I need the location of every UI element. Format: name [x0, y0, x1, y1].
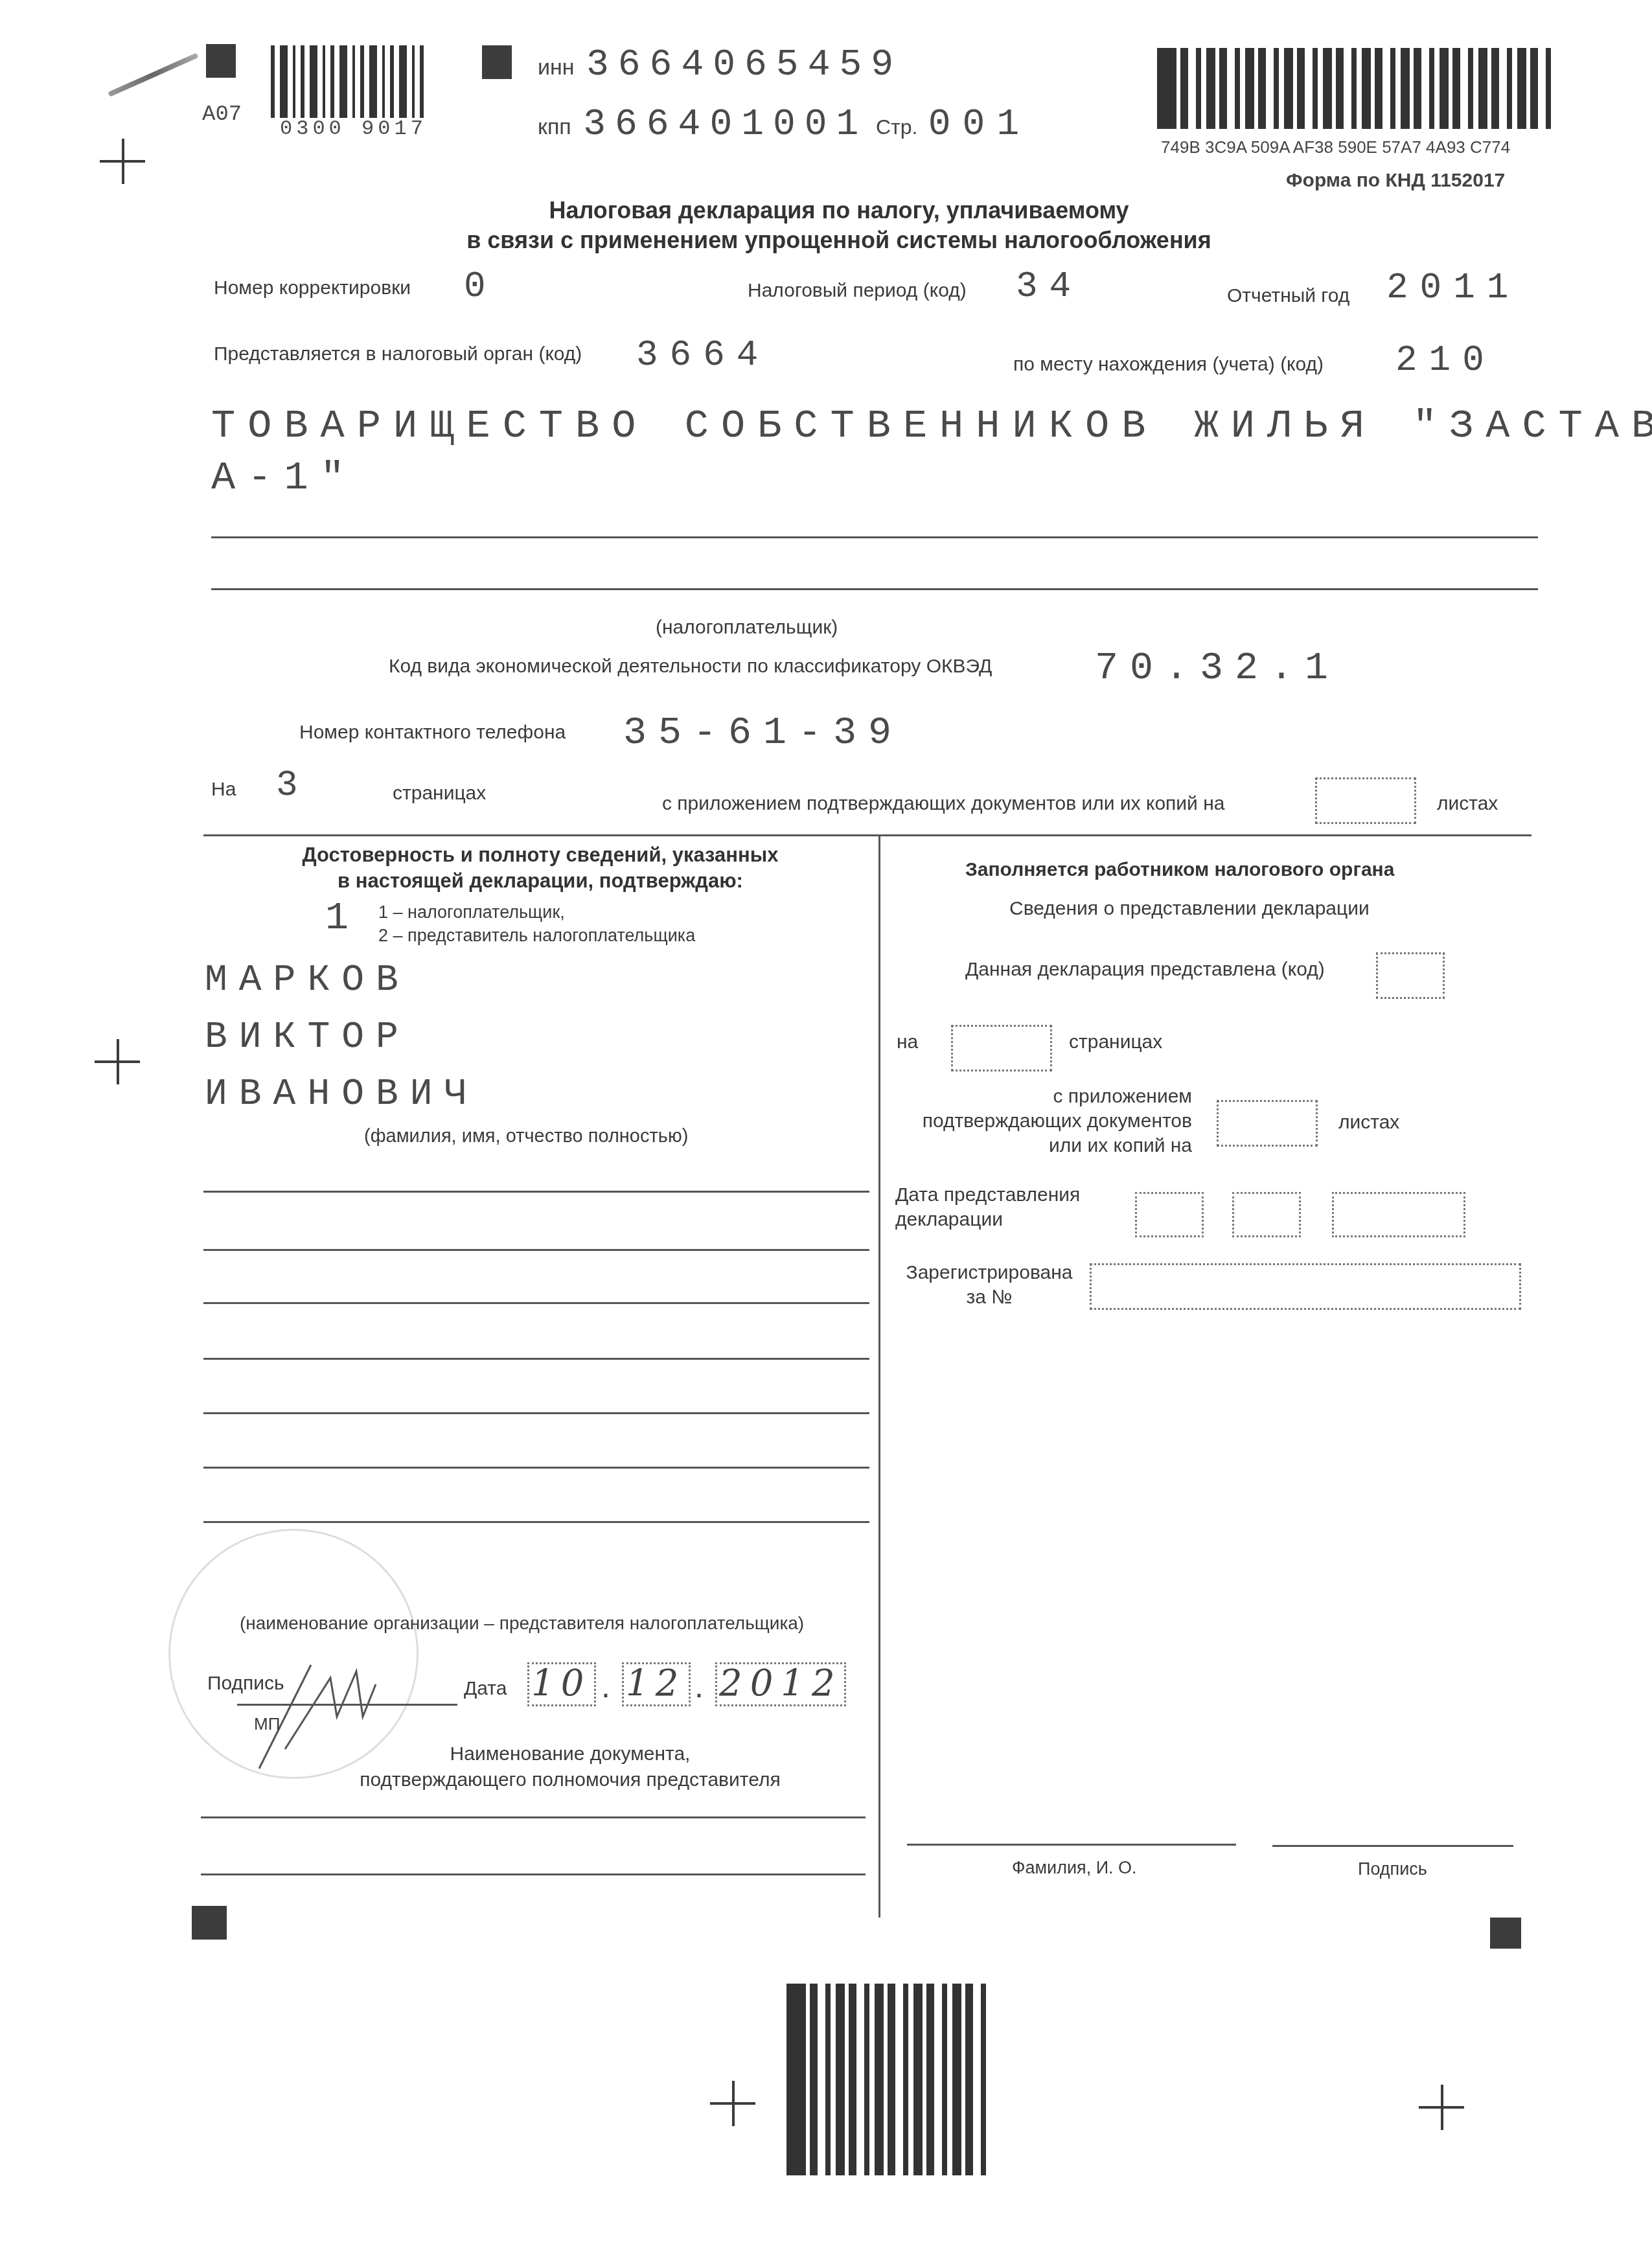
- submission-date-label: Дата представления декларации: [895, 1183, 1080, 1232]
- form-code: Форма по КНД 1152017: [1286, 170, 1505, 192]
- registration-number-input[interactable]: [1090, 1263, 1521, 1310]
- confirm-heading: Достоверность и полноту сведений, указан…: [203, 842, 877, 894]
- org-line-7: [203, 1521, 869, 1523]
- title-line-1: Налоговая декларация по налогу, уплачива…: [0, 196, 1652, 225]
- page-code: A07: [202, 102, 242, 127]
- pages-suffix: страницах: [393, 783, 486, 805]
- corner-marker-bottom-right: [1490, 1918, 1521, 1949]
- corner-marker-top-left: [206, 44, 236, 78]
- inspector-signature-line[interactable]: [1272, 1845, 1513, 1847]
- registration-cross-left-icon: [710, 2081, 755, 2126]
- date-year: 2012: [719, 1662, 843, 1704]
- period-label: Налоговый период (код): [748, 280, 967, 302]
- correction-label: Номер корректировки: [214, 277, 411, 299]
- right-attach-label: с приложением подтверждающих документов …: [890, 1084, 1192, 1158]
- 2d-barcode-bottom: [786, 1984, 987, 2175]
- location-label: по месту нахождения (учета) (код): [1013, 354, 1324, 376]
- right-pages-input[interactable]: [951, 1025, 1052, 1071]
- doc-caption-line-2: подтверждающего полномочия представителя: [324, 1767, 816, 1793]
- section-divider: [203, 834, 1532, 836]
- hash-code: 749B 3C9A 509A AF38 590E 57A7 4A93 C774: [1161, 137, 1510, 157]
- org-line-6: [203, 1467, 869, 1469]
- registration-cross-mid-icon: [95, 1039, 140, 1084]
- linear-barcode: [271, 45, 426, 118]
- registration-cross-icon: [100, 139, 145, 184]
- signer-fio[interactable]: МАРКОВ ВИКТОР ИВАНОВИЧ: [205, 952, 478, 1123]
- tax-authority-value[interactable]: 3664: [636, 334, 770, 376]
- location-value[interactable]: 210: [1395, 339, 1496, 381]
- signer-surname: МАРКОВ: [205, 952, 478, 1009]
- signer-patronymic: ИВАНОВИЧ: [205, 1066, 478, 1123]
- right-attach-line-2: подтверждающих документов: [890, 1109, 1192, 1134]
- page-title: Налоговая декларация по налогу, уплачива…: [0, 196, 1652, 255]
- signer-options: 1 – налогоплательщик, 2 – представитель …: [378, 900, 695, 947]
- stamp-label: МП: [254, 1714, 280, 1734]
- submission-date-input[interactable]: [1135, 1192, 1465, 1237]
- submitted-code-input[interactable]: [1376, 952, 1445, 999]
- doc-caption: Наименование документа, подтверждающего …: [324, 1741, 816, 1793]
- kpp-field: КПП 366401001 Стр. 001: [538, 104, 1031, 146]
- registration-label: Зарегистрирована за №: [895, 1261, 1083, 1310]
- doc-line-2: [201, 1873, 866, 1875]
- inn-value[interactable]: 3664065459: [586, 44, 902, 86]
- taxpayer-name-line-2: А-1": [211, 452, 1652, 504]
- kpp-label: КПП: [538, 115, 571, 139]
- page-label: Стр.: [876, 115, 917, 139]
- doc-line-1: [201, 1816, 866, 1818]
- inspector-name-line[interactable]: [907, 1844, 1236, 1846]
- taxpayer-name-line-1: ТОВАРИЩЕСТВО СОБСТВЕННИКОВ ЖИЛЬЯ "ЗАСТАВ: [211, 400, 1652, 452]
- right-attach-line-1: с приложением: [890, 1084, 1192, 1109]
- inspector-name-caption: Фамилия, И. О.: [1012, 1858, 1137, 1878]
- okved-value[interactable]: 70.32.1: [1095, 647, 1340, 691]
- tax-office-subheading: Сведения о представлении декларации: [1009, 898, 1370, 920]
- right-attach-input[interactable]: [1217, 1100, 1318, 1147]
- kpp-value[interactable]: 366401001: [583, 104, 867, 146]
- submitted-label: Данная декларация представлена (код): [965, 959, 1325, 981]
- taxpayer-line-3: [211, 536, 1538, 538]
- title-line-2: в связи с применением упрощенной системы…: [0, 225, 1652, 255]
- inn-label: ИНН: [538, 55, 575, 80]
- phone-label: Номер контактного телефона: [299, 722, 566, 744]
- org-line-4: [203, 1358, 869, 1360]
- confirm-heading-line-2: в настоящей декларации, подтверждаю:: [203, 868, 877, 894]
- signer-option-2: 2 – представитель налогоплательщика: [378, 924, 695, 947]
- signer-name: ВИКТОР: [205, 1009, 478, 1066]
- year-value[interactable]: 2011: [1386, 267, 1520, 308]
- submission-month-box: [1232, 1192, 1301, 1237]
- right-attach-suffix: листах: [1338, 1112, 1399, 1134]
- inn-field: ИНН 3664065459: [538, 44, 902, 86]
- attachments-input[interactable]: [1315, 777, 1416, 824]
- date-day: 10: [531, 1662, 590, 1704]
- pages-value[interactable]: 3: [276, 764, 310, 806]
- submission-day-box: [1135, 1192, 1204, 1237]
- org-line-2: [203, 1249, 869, 1251]
- 2d-barcode-top: [1157, 48, 1556, 129]
- submission-date-label-line-1: Дата представления: [895, 1183, 1080, 1208]
- taxpayer-line-4: [211, 588, 1538, 590]
- attachments-suffix: листах: [1437, 793, 1498, 815]
- barcode-number: 0300 9017: [280, 117, 427, 141]
- phone-value[interactable]: 35-61-39: [623, 711, 903, 755]
- signer-option-1: 1 – налогоплательщик,: [378, 900, 695, 924]
- org-line-5: [203, 1412, 869, 1414]
- registration-cross-right-icon: [1419, 2085, 1464, 2130]
- inspector-signature-caption: Подпись: [1358, 1859, 1427, 1879]
- fio-caption: (фамилия, имя, отчество полностью): [364, 1126, 688, 1147]
- taxpayer-name[interactable]: ТОВАРИЩЕСТВО СОБСТВЕННИКОВ ЖИЛЬЯ "ЗАСТАВ…: [211, 400, 1652, 504]
- submission-year-box: [1332, 1192, 1465, 1237]
- page-value: 001: [928, 104, 1031, 146]
- right-pages-suffix: страницах: [1069, 1031, 1162, 1053]
- corner-marker-top-mid: [482, 45, 512, 79]
- submission-date-label-line-2: декларации: [895, 1208, 1080, 1232]
- okved-label: Код вида экономической деятельности по к…: [389, 656, 992, 678]
- corner-marker-bottom-left: [192, 1906, 227, 1940]
- right-pages-prefix: на: [897, 1031, 918, 1053]
- period-value[interactable]: 34: [1016, 266, 1083, 307]
- date-sep-2: .: [694, 1667, 704, 1705]
- registration-label-line-2: за №: [895, 1285, 1083, 1310]
- pages-prefix: На: [211, 779, 236, 801]
- signature-line[interactable]: [237, 1704, 457, 1706]
- scanner-artifact-pen: [108, 52, 198, 97]
- column-divider: [878, 836, 880, 1918]
- year-label: Отчетный год: [1227, 285, 1349, 307]
- right-attach-line-3: или их копий на: [890, 1134, 1192, 1158]
- date-month: 12: [626, 1662, 685, 1704]
- org-line-1: [203, 1191, 869, 1193]
- taxpayer-caption: (налогоплательщик): [656, 617, 838, 639]
- tax-authority-label: Представляется в налоговый орган (код): [214, 343, 582, 365]
- org-line-3: [203, 1302, 869, 1304]
- registration-label-line-1: Зарегистрирована: [895, 1261, 1083, 1285]
- attachments-label: с приложением подтверждающих документов …: [662, 793, 1224, 815]
- date-sep-1: .: [601, 1667, 610, 1705]
- doc-caption-line-1: Наименование документа,: [324, 1741, 816, 1767]
- correction-value[interactable]: 0: [464, 266, 498, 307]
- tax-office-heading: Заполняется работником налогового органа: [965, 859, 1394, 881]
- org-caption: (наименование организации – представител…: [240, 1613, 804, 1634]
- confirm-heading-line-1: Достоверность и полноту сведений, указан…: [203, 842, 877, 868]
- signer-type-value[interactable]: 1: [325, 897, 349, 941]
- date-label: Дата: [464, 1678, 507, 1700]
